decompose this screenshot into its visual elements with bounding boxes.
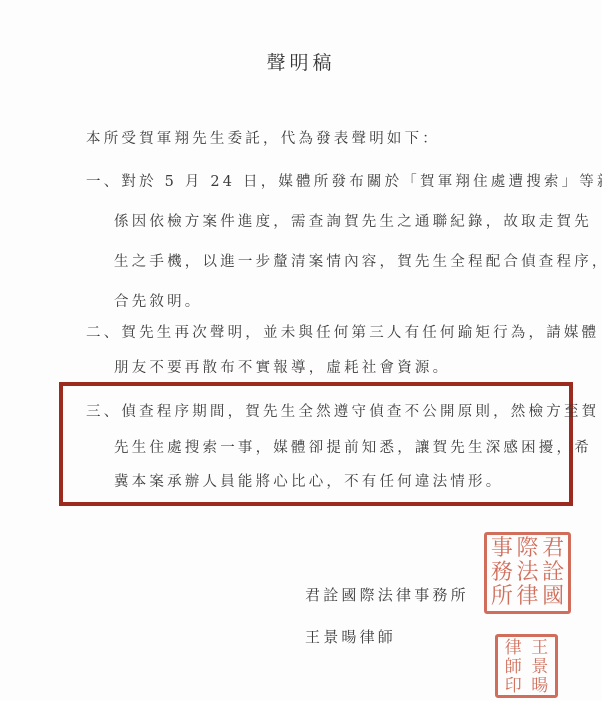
seal-char: 景 xyxy=(527,658,554,677)
signature-lawyer: 王景暘律師 xyxy=(305,626,396,647)
seal-char: 務 xyxy=(489,561,515,585)
firm-seal-stamp: 事 際 君 務 法 詮 所 律 國 xyxy=(484,532,571,614)
lawyer-seal-stamp: 律 王 師 景 印 暘 xyxy=(495,634,558,698)
seal-char: 際 xyxy=(515,537,541,561)
seal-char: 暘 xyxy=(527,677,554,696)
seal-char: 法 xyxy=(515,561,541,585)
seal-char: 印 xyxy=(500,677,527,696)
seal-char: 事 xyxy=(489,537,515,561)
item-2-line-2: 朋友不要再散布不實報導，虛耗社會資源。 xyxy=(114,356,450,377)
document-title: 聲明稿 xyxy=(0,48,602,75)
item-1-line-2: 係因依檢方案件進度，需查詢賀先生之通聯紀錄，故取走賀先 xyxy=(114,210,592,231)
item-2-line-1: 二、賀先生再次聲明，並未與任何第三人有任何踰矩行為，請媒體 xyxy=(86,321,599,342)
seal-char: 君 xyxy=(540,537,566,561)
seal-char: 詮 xyxy=(540,561,566,585)
item-3-line-1: 三、偵查程序期間，賀先生全然遵守偵查不公開原則，然檢方至賀 xyxy=(86,400,599,421)
seal-char: 所 xyxy=(489,585,515,609)
item-3-line-2: 先生住處搜索一事，媒體卻提前知悉，讓賀先生深感困擾，希 xyxy=(114,436,592,457)
seal-char: 律 xyxy=(515,585,541,609)
item-1-line-3: 生之手機，以進一步釐清案情內容，賀先生全程配合偵查程序， xyxy=(114,250,602,271)
signature-firm: 君詮國際法律事務所 xyxy=(305,584,469,605)
seal-char: 王 xyxy=(527,639,554,658)
item-1-line-4: 合先敘明。 xyxy=(114,290,203,311)
item-3-line-3: 冀本案承辦人員能將心比心，不有任何違法情形。 xyxy=(114,470,503,491)
seal-char: 律 xyxy=(500,639,527,658)
intro-paragraph: 本所受賀軍翔先生委託，代為發表聲明如下： xyxy=(86,127,440,148)
seal-char: 師 xyxy=(500,658,527,677)
statement-page: 聲明稿 本所受賀軍翔先生委託，代為發表聲明如下： 一、對於 5 月 24 日，媒… xyxy=(0,0,602,701)
item-1-line-1: 一、對於 5 月 24 日，媒體所發布關於「賀軍翔住處遭搜索」等新聞， xyxy=(86,170,602,191)
seal-char: 國 xyxy=(540,585,566,609)
